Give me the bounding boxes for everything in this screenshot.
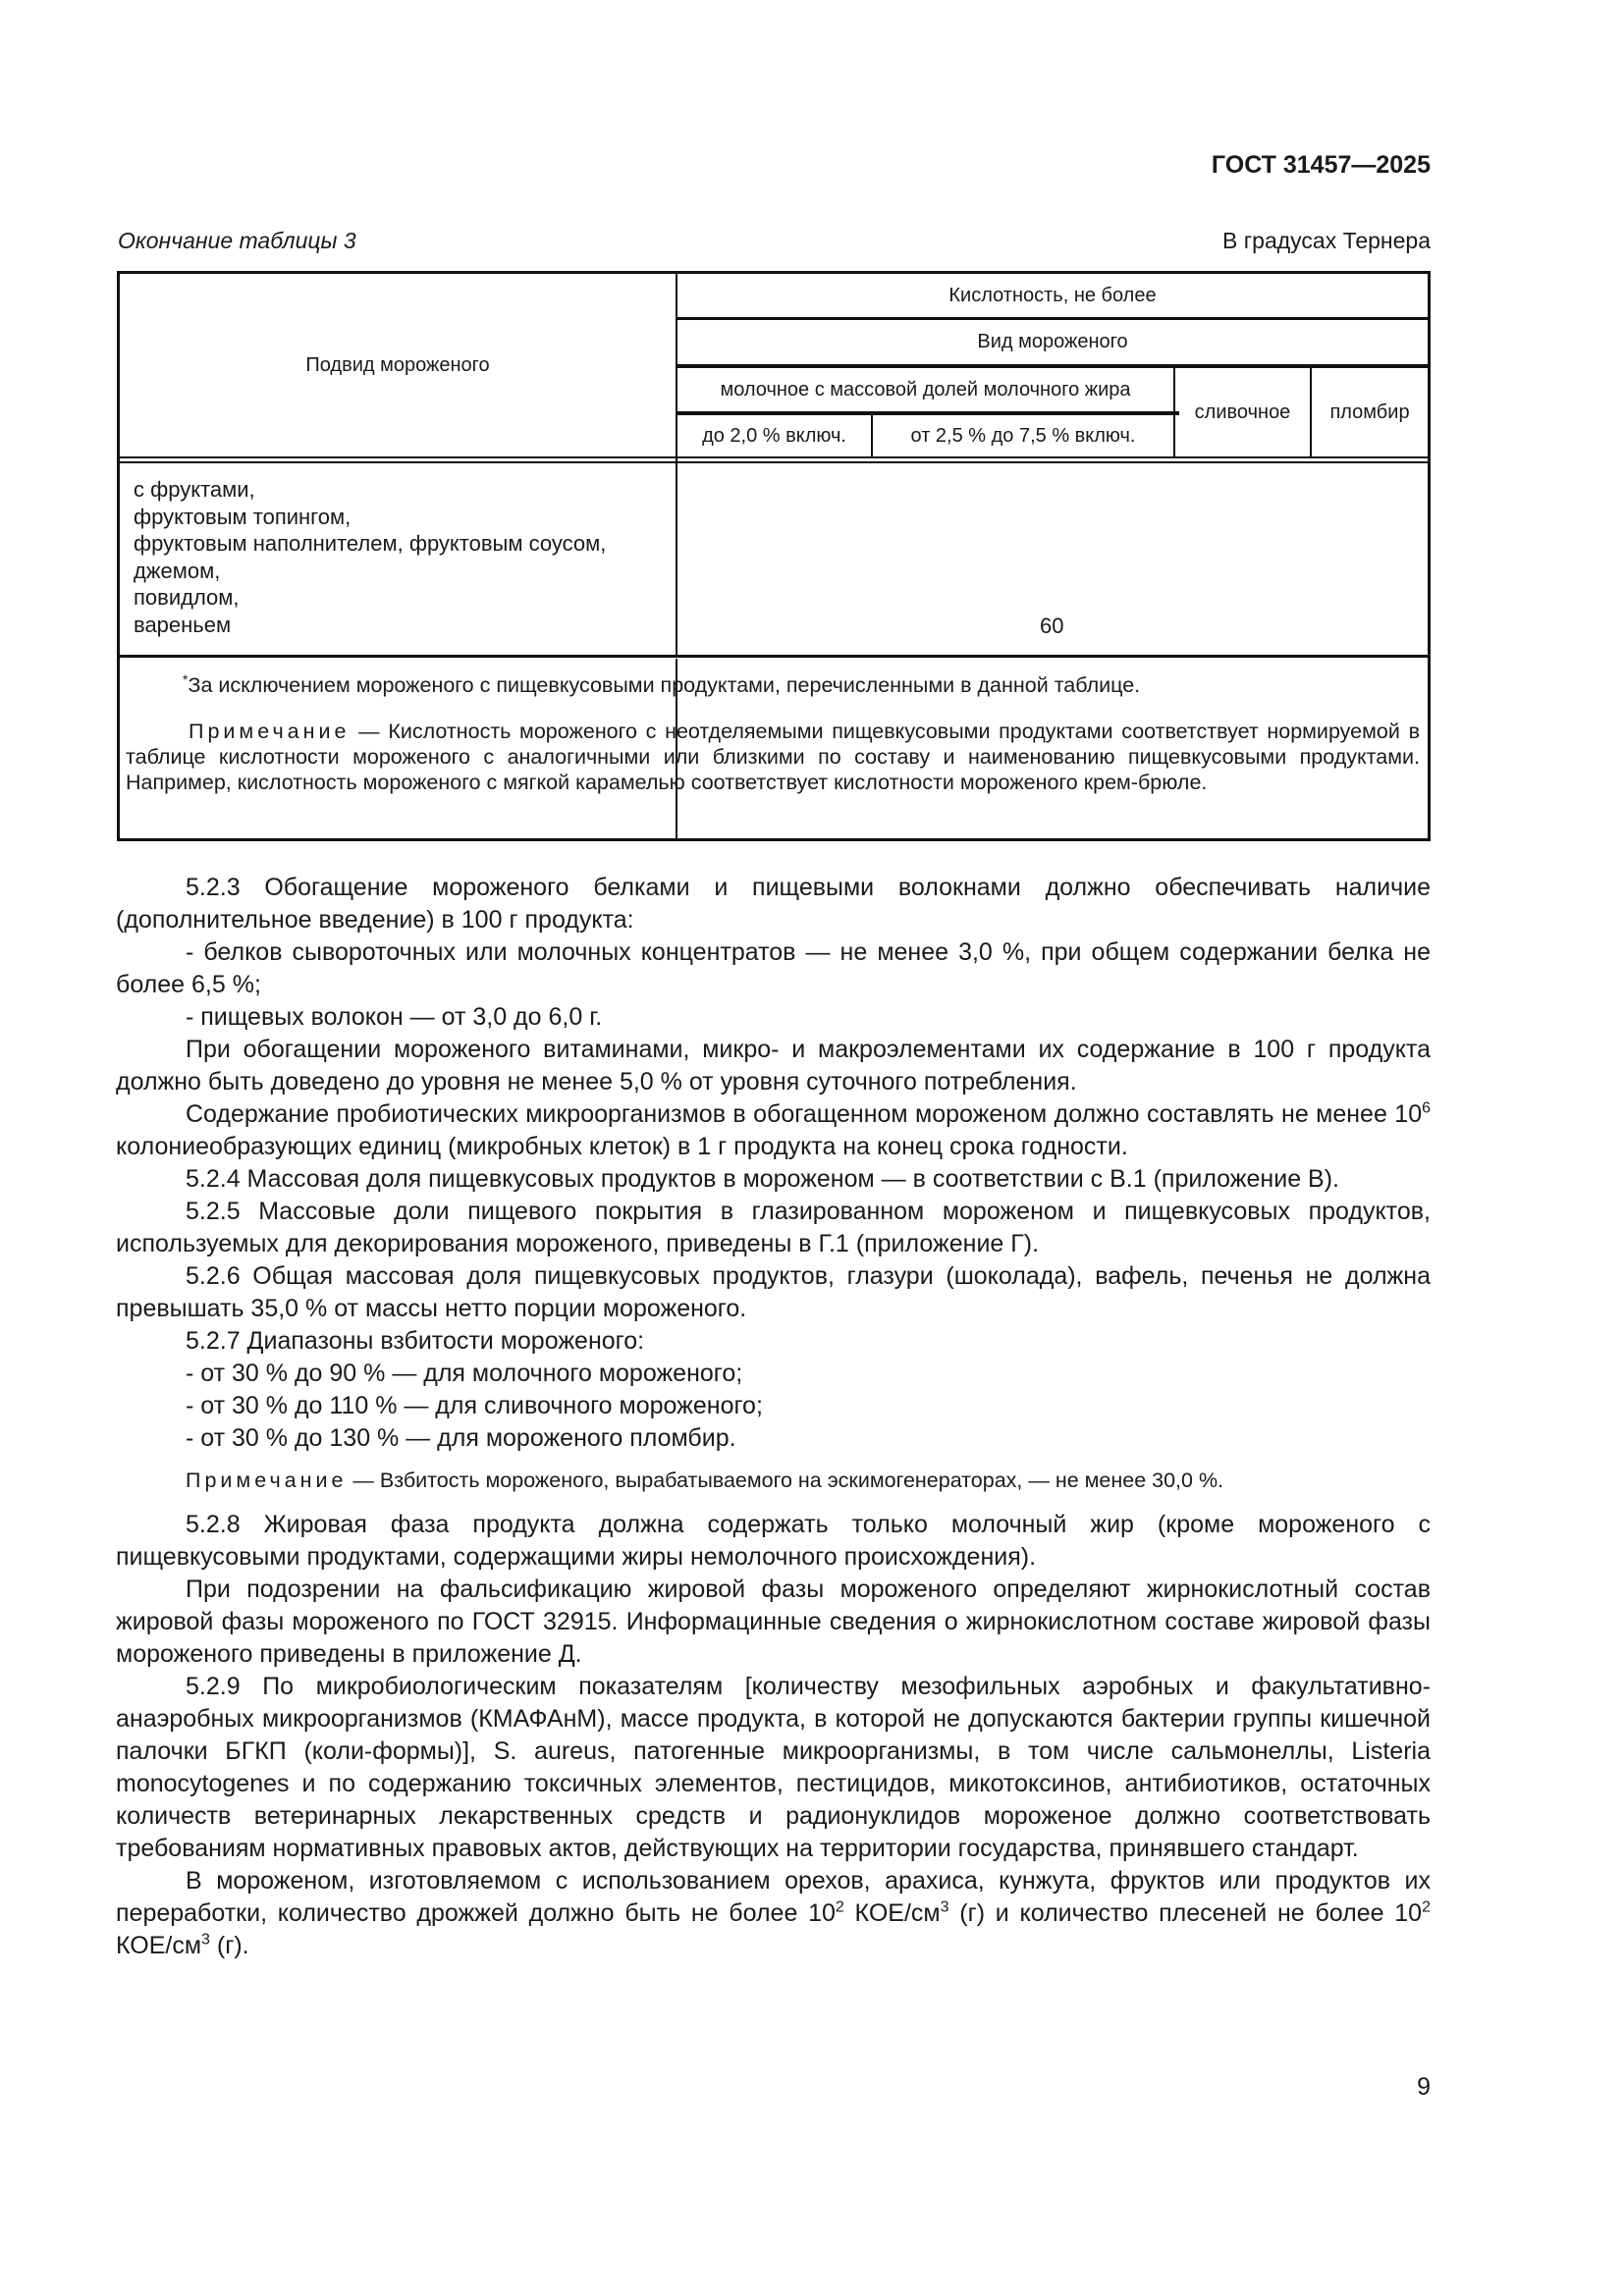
paragraph: 5.2.5 Массовые доли пищевого покрытия в … [116, 1196, 1431, 1260]
text: КОЕ/см [116, 1932, 201, 1959]
list-item: - от 30 % до 110 % — для сливочного моро… [116, 1390, 1431, 1422]
paragraph: 5.2.6 Общая массовая доля пищевкусовых п… [116, 1260, 1431, 1325]
exponent: 6 [1422, 1100, 1431, 1117]
note-text: — Взбитость мороженого, вырабатываемого … [347, 1468, 1223, 1492]
table-divider [120, 456, 1428, 458]
row-subtype-line: фруктовым наполнителем, фруктовым соусом… [134, 530, 606, 558]
header-subtype: Подвид мороженого [120, 274, 676, 456]
list-item: - белков сывороточных или молочных конце… [116, 936, 1431, 1001]
footnote-text: За исключением мороженого с пищевкусовым… [188, 673, 1140, 697]
header-plombir: пломбир [1312, 368, 1428, 456]
header-milk: молочное с массовой долей молочного жира [677, 368, 1173, 411]
paragraph: 5.2.8 Жировая фаза продукта должна содер… [116, 1509, 1431, 1574]
standard-code: ГОСТ 31457—2025 [1212, 151, 1431, 180]
text: Содержание пробиотических микроорганизмо… [186, 1100, 1422, 1128]
table-note: Примечание — Кислотность мороженого с не… [126, 719, 1420, 795]
table-divider [120, 655, 1428, 658]
paragraph: 5.2.7 Диапазоны взбитости мороженого: [116, 1325, 1431, 1358]
paragraph: Содержание пробиотических микроорганизмо… [116, 1098, 1431, 1163]
table-divider [120, 461, 1428, 463]
exponent: 3 [941, 1899, 949, 1916]
table-footnote: *За исключением мороженого с пищевкусовы… [183, 671, 1140, 698]
text: колониеобразующих единиц (микробных клет… [116, 1133, 1128, 1160]
header-milk-high: от 2,5 % до 7,5 % включ. [873, 415, 1173, 456]
text: (г) и количество плесеней не более 10 [949, 1899, 1423, 1927]
row-subtype-line: вареньем [134, 612, 606, 639]
row-subtype-line: джемом, [134, 558, 606, 585]
header-acidity: Кислотность, не более [677, 274, 1428, 317]
header-kind: Вид мороженого [677, 320, 1428, 364]
paragraph: 5.2.4 Массовая доля пищевкусовых продукт… [116, 1163, 1431, 1196]
row-subtype-line: повидлом, [134, 584, 606, 612]
exponent: 3 [201, 1932, 210, 1949]
header-cream: сливочное [1175, 368, 1310, 456]
body-text: 5.2.3 Обогащение мороженого белками и пи… [116, 872, 1431, 1962]
acidity-table: Подвид мороженого Кислотность, не более … [117, 271, 1431, 841]
paragraph: В мороженом, изготовляемом с использован… [116, 1865, 1431, 1962]
row-value: 60 [1040, 614, 1063, 639]
header-milk-low: до 2,0 % включ. [677, 415, 871, 456]
text: (г). [210, 1932, 249, 1959]
row-subtype-line: с фруктами, [134, 476, 606, 504]
exponent: 2 [836, 1899, 844, 1916]
note-label: Примечание [186, 1468, 347, 1492]
note-label: Примечание [189, 720, 350, 743]
row-subtype: с фруктами, фруктовым топингом, фруктовы… [134, 476, 606, 638]
paragraph: При подозрении на фальсификацию жировой … [116, 1574, 1431, 1671]
paragraph: При обогащении мороженого витаминами, ми… [116, 1034, 1431, 1098]
list-item: - от 30 % до 130 % — для мороженого плом… [116, 1422, 1431, 1455]
paragraph: 5.2.9 По микробиологическим показателям … [116, 1671, 1431, 1865]
row-subtype-line: фруктовым топингом, [134, 504, 606, 531]
text: КОЕ/см [844, 1899, 941, 1927]
paragraph: 5.2.3 Обогащение мороженого белками и пи… [116, 872, 1431, 936]
list-item: - от 30 % до 90 % — для молочного мороже… [116, 1358, 1431, 1390]
note: Примечание — Взбитость мороженого, выраб… [116, 1465, 1431, 1497]
table-caption: Окончание таблицы 3 [118, 228, 356, 254]
table-units: В градусах Тернера [1222, 228, 1431, 254]
page-number: 9 [1417, 2073, 1431, 2102]
list-item: - пищевых волокон — от 3,0 до 6,0 г. [116, 1001, 1431, 1034]
exponent: 2 [1422, 1899, 1431, 1916]
